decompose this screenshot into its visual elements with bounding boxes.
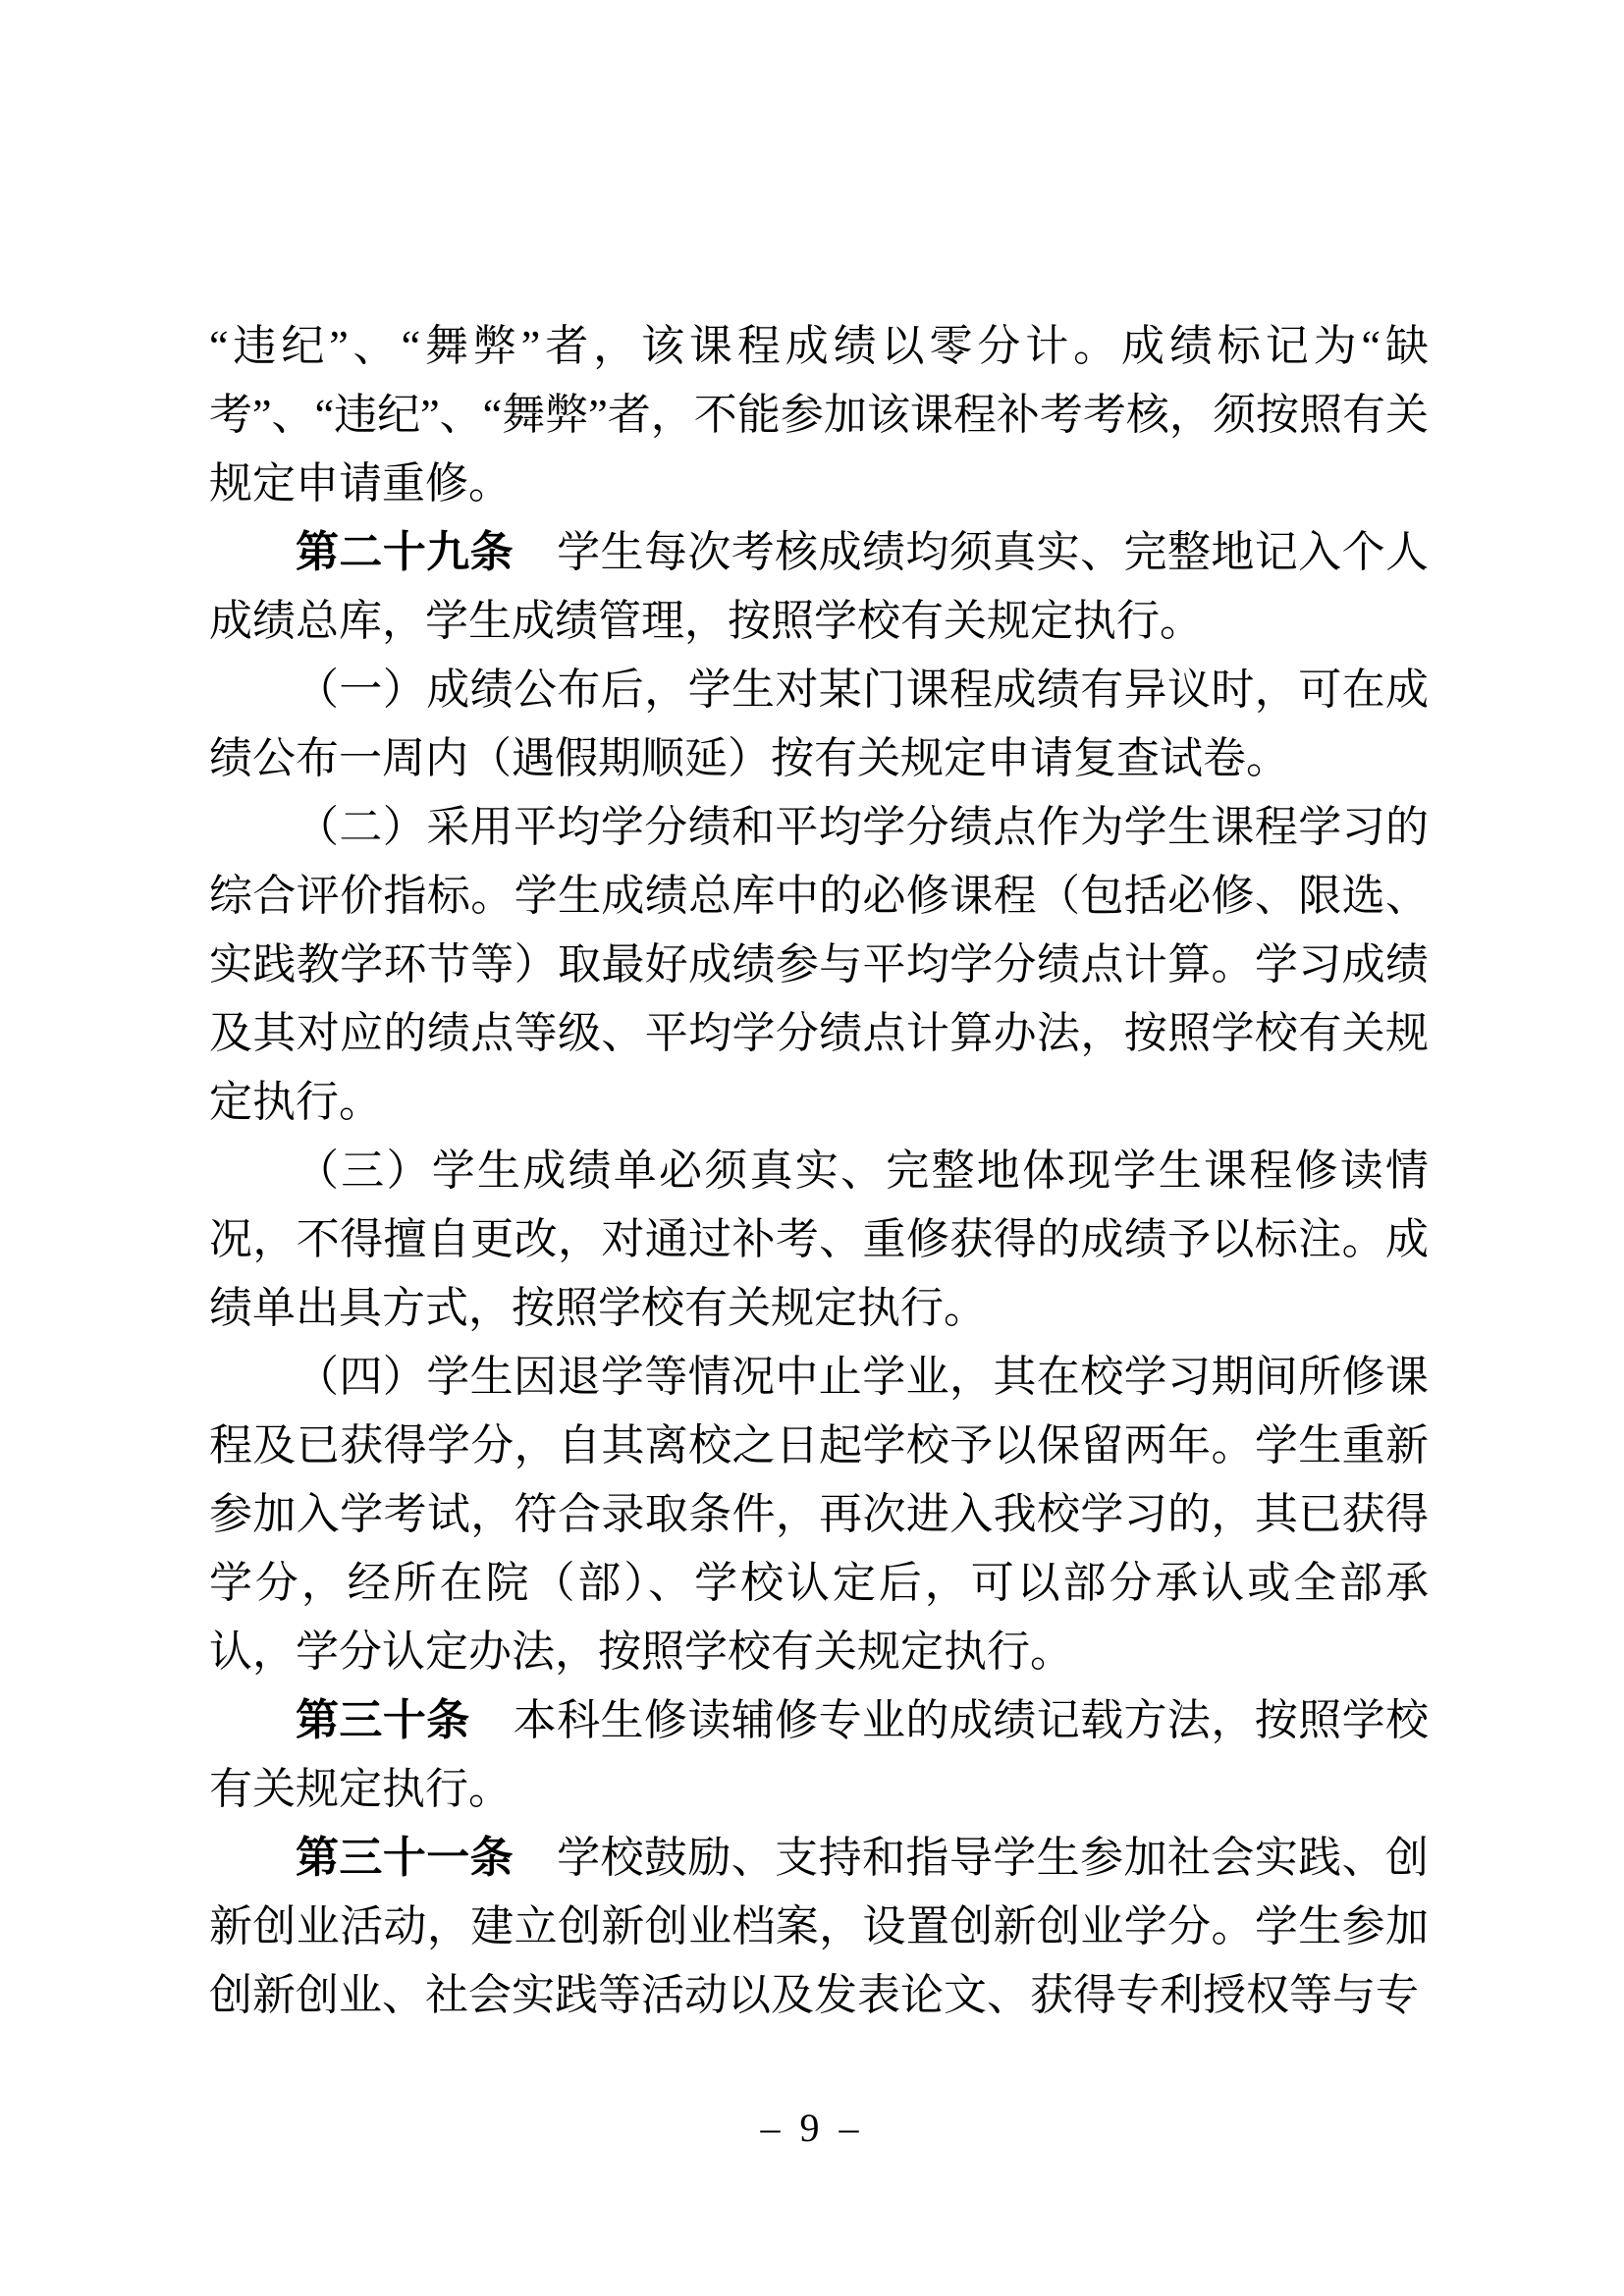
item-1-paragraph: （一）成绩公布后，学生对某门课程成绩有异议时，可在成绩公布一周内（遇假期顺延）按… [209, 656, 1429, 793]
continuation-paragraph: “违纪”、“舞弊”者，该课程成绩以零分计。成绩标记为“缺考”、“违纪”、“舞弊”… [209, 312, 1429, 518]
paragraph-text: （三）学生成绩单必须真实、完整地体现学生课程修读情况，不得擅自更改，对通过补考、… [209, 1147, 1429, 1332]
article-29-paragraph: 第二十九条学生每次考核成绩均须真实、完整地记入个人成绩总库，学生成绩管理，按照学… [209, 518, 1429, 656]
paragraph-text: （一）成绩公布后，学生对某门课程成绩有异议时，可在成绩公布一周内（遇假期顺延）按… [209, 666, 1429, 782]
paragraph-text: （二）采用平均学分绩和平均学分绩点作为学生课程学习的综合评价指标。学生成绩总库中… [209, 803, 1429, 1126]
article-30-paragraph: 第三十条本科生修读辅修专业的成绩记载方法，按照学校有关规定执行。 [209, 1686, 1429, 1824]
article-30-label: 第三十条 [296, 1696, 470, 1744]
article-29-label: 第二十九条 [296, 528, 514, 576]
page-number: – 9 – [0, 2109, 1624, 2148]
item-2-paragraph: （二）采用平均学分绩和平均学分绩点作为学生课程学习的综合评价指标。学生成绩总库中… [209, 793, 1429, 1137]
item-3-paragraph: （三）学生成绩单必须真实、完整地体现学生课程修读情况，不得擅自更改，对通过补考、… [209, 1137, 1429, 1343]
paragraph-text: “违纪”、“舞弊”者，该课程成绩以零分计。成绩标记为“缺考”、“违纪”、“舞弊”… [209, 322, 1429, 507]
article-31-paragraph: 第三十一条学校鼓励、支持和指导学生参加社会实践、创新创业活动，建立创新创业档案，… [209, 1824, 1429, 2030]
paragraph-text: （四）学生因退学等情况中止学业，其在校学习期间所修课程及已获得学分，自其离校之日… [209, 1353, 1429, 1676]
document-body: “违纪”、“舞弊”者，该课程成绩以零分计。成绩标记为“缺考”、“违纪”、“舞弊”… [209, 312, 1429, 2030]
document-page: “违纪”、“舞弊”者，该课程成绩以零分计。成绩标记为“缺考”、“违纪”、“舞弊”… [0, 0, 1624, 2296]
article-31-label: 第三十一条 [296, 1834, 514, 1882]
item-4-paragraph: （四）学生因退学等情况中止学业，其在校学习期间所修课程及已获得学分，自其离校之日… [209, 1343, 1429, 1686]
